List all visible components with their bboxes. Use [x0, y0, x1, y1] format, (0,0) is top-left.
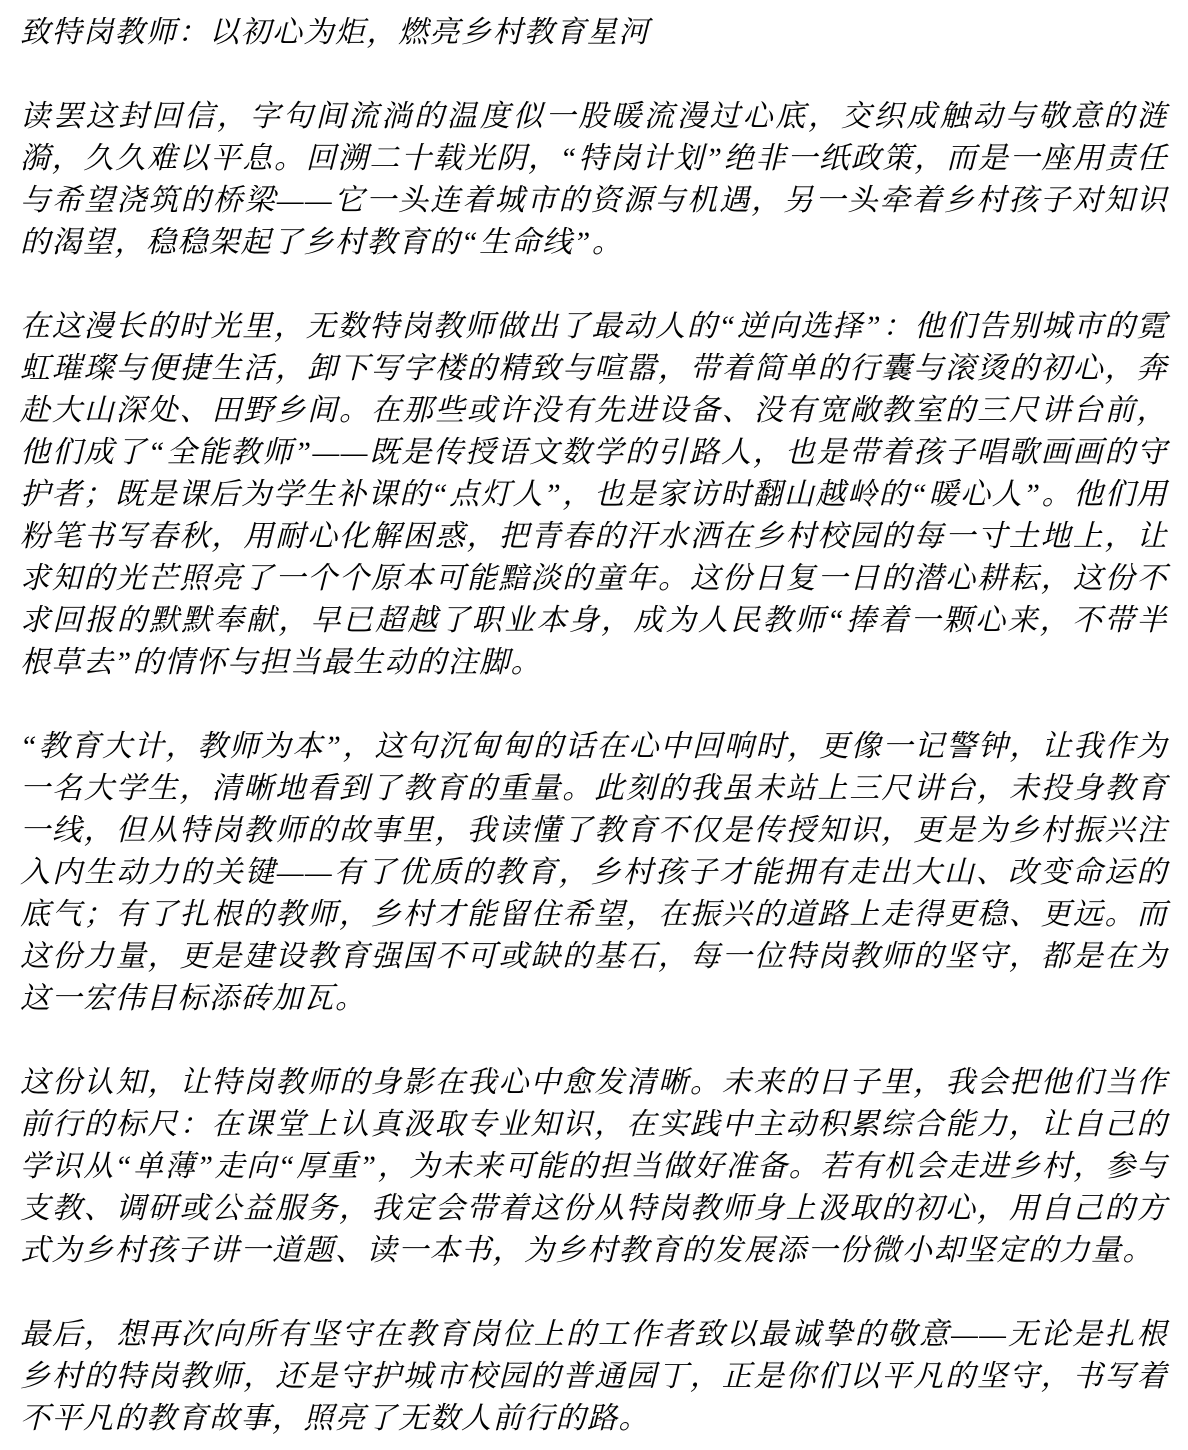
paragraph-personal-resolve: 这份认知，让特岗教师的身影在我心中愈发清晰。未来的日子里，我会把他们当作前行的标…: [20, 1062, 1168, 1272]
document-page: 致特岗教师：以初心为炬，燃亮乡村教育星河 读罢这封回信，字句间流淌的温度似一股暖…: [0, 0, 1188, 1450]
paragraph-closing-tribute: 最后，想再次向所有坚守在教育岗位上的工作者致以最诚挚的敬意——无论是扎根乡村的特…: [20, 1314, 1168, 1440]
paragraph-teachers-choice: 在这漫长的时光里，无数特岗教师做出了最动人的“逆向选择”：他们告别城市的霓虹璀璨…: [20, 306, 1168, 684]
page-title: 致特岗教师：以初心为炬，燃亮乡村教育星河: [20, 12, 1168, 54]
paragraph-intro: 读罢这封回信，字句间流淌的温度似一股暖流漫过心底，交织成触动与敬意的涟漪，久久难…: [20, 96, 1168, 264]
paragraph-education-foundation: “教育大计，教师为本”，这句沉甸甸的话在心中回响时，更像一记警钟，让我作为一名大…: [20, 726, 1168, 1020]
